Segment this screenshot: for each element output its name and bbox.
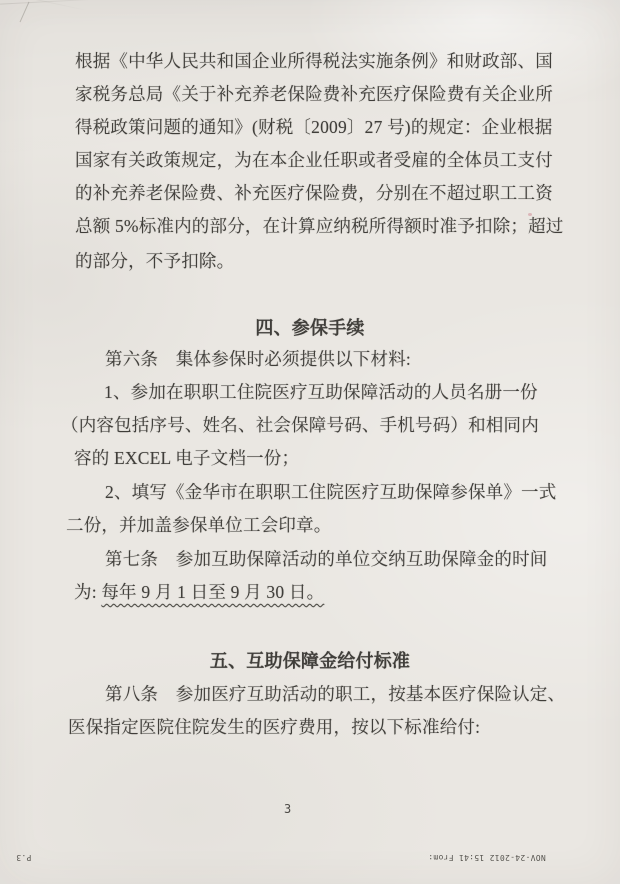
body-line: 国家有关政策规定，为在本企业任职或者受雇的全体员工支付	[75, 149, 553, 171]
body-line: 总额 5%标准内的部分，在计算应纳税所得额时准予扣除；超过	[75, 215, 564, 237]
page-number: 3	[284, 802, 291, 816]
section-four-line: 第六条 集体参保时必须提供以下材料:	[105, 348, 411, 370]
section-four-line: （内容包括序号、姓名、社会保障号码、手机号码）和相同内	[61, 414, 539, 436]
section-four-line: 二份，并加盖参保单位工会印章。	[66, 514, 332, 536]
section-five-line: 第八条 参加医疗互助活动的职工，按基本医疗保险认定、	[105, 683, 565, 705]
date-line-prefix: 为:	[74, 582, 101, 602]
section-four-line: 1、参加在职职工住院医疗互助保障活动的人员名册一份	[104, 381, 538, 403]
date-line-underlined: 每年 9 月 1 日至 9 月 30 日。	[101, 582, 324, 602]
body-line: 得税政策问题的通知》(财税〔2009〕27 号)的规定：企业根据	[75, 116, 552, 138]
paper-crease-top-edge	[0, 0, 140, 5]
section-four-date-line: 为: 每年 9 月 1 日至 9 月 30 日。	[74, 581, 324, 603]
body-line: 根据《中华人民共和国企业所得税法实施条例》和财政部、国	[75, 50, 553, 72]
paper-crease-topleft	[20, 2, 30, 23]
paper-crease-left	[1, 0, 89, 11]
body-line: 的补充养老保险费、补充医疗保险费，分别在不超过职工工资	[75, 182, 553, 204]
section-four-line: 容的 EXCEL 电子文档一份；	[74, 447, 299, 469]
fax-timestamp: NOV-24-2012 15:41 From:	[428, 853, 546, 862]
section-four-line: 第七条 参加互助保障活动的单位交纳互助保障金的时间	[105, 548, 548, 570]
section-five-heading: 五、互助保障金给付标准	[0, 650, 620, 672]
body-line: 的部分，不予扣除。	[75, 250, 234, 272]
scanned-document-page: 根据《中华人民共和国企业所得税法实施条例》和财政部、国 家税务总局《关于补充养老…	[0, 0, 620, 884]
fax-page-number: P.3	[16, 853, 31, 862]
section-four-line: 2、填写《金华市在职职工住院医疗互助保障参保单》一式	[105, 481, 556, 503]
section-five-line: 医保指定医院住院发生的医疗费用，按以下标准给付:	[68, 716, 480, 738]
section-four-heading: 四、参保手续	[0, 317, 620, 339]
body-line: 家税务总局《关于补充养老保险费补充医疗保险费有关企业所	[75, 83, 553, 105]
